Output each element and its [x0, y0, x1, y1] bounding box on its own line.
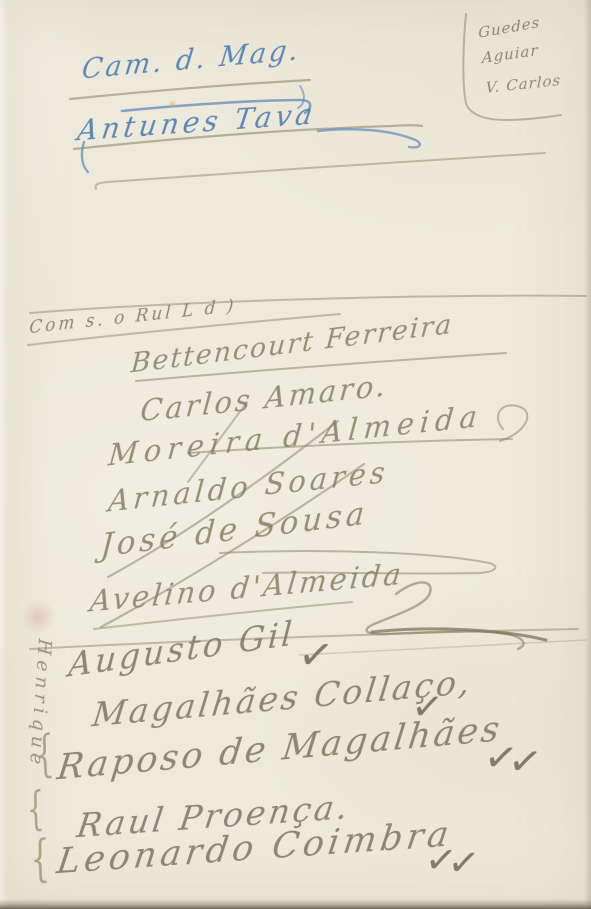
- checkmark: ✓✓: [423, 836, 474, 885]
- checkmark: ✓✓: [481, 733, 537, 786]
- margin-brace: {: [26, 780, 45, 835]
- yellow-stain: [168, 100, 177, 109]
- blue-header-line-1: Cam. d. Mag.: [80, 35, 303, 86]
- separator-rule-faint: [300, 640, 586, 655]
- blue-tail-right: [318, 129, 420, 147]
- checkmark: ✓: [409, 683, 445, 730]
- annotation-line: Com s. o Rul L d ): [29, 296, 237, 338]
- moreira-curl: [498, 405, 527, 441]
- margin-brace: {: [30, 829, 50, 888]
- avelino-flourish: [367, 582, 524, 649]
- scan-edge-right: [584, 0, 591, 909]
- manuscript-page: Guedes Aguiar V. Carlos Cam. d. Mag. Ant…: [0, 0, 591, 909]
- blue-header-line-2: Antunes Tava: [75, 97, 318, 147]
- crossed-name: Avelino d'Almeida: [88, 557, 405, 619]
- scan-edge-left: [0, 0, 8, 909]
- corner-note-line-3: V. Carlos: [485, 71, 561, 97]
- corner-note-line-2: Aguiar: [482, 41, 538, 67]
- scan-edge-bottom: [0, 899, 591, 909]
- checkmark: ✓: [295, 628, 337, 681]
- corner-note-line-1: Guedes: [478, 13, 540, 42]
- red-ink-blot: [20, 597, 56, 637]
- final-name: Augusto Gil: [67, 613, 296, 685]
- flourish-underscribble: [372, 629, 546, 640]
- top-rule-stroke: [96, 153, 546, 189]
